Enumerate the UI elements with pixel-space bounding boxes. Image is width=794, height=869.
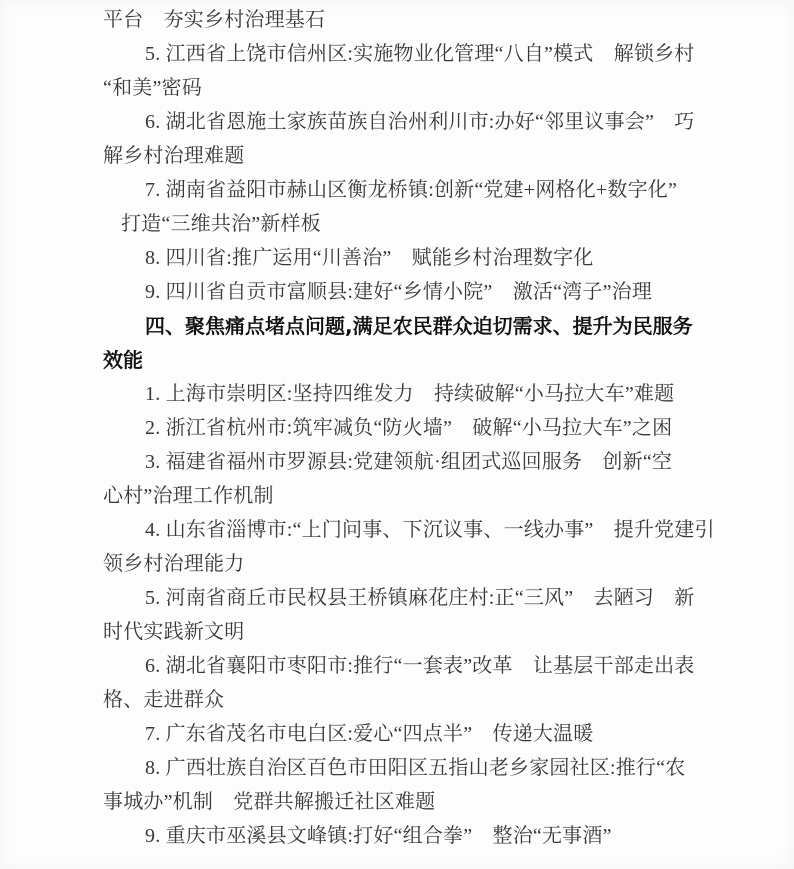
continuation-line: 平台 夯实乡村治理基石 xyxy=(103,3,718,37)
section-heading-line: 四、聚焦痛点堵点问题,满足农民群众迫切需求、提升为民服务 xyxy=(103,309,718,343)
case-item-line: 6. 湖北省襄阳市枣阳市:推行“一套表”改革 让基层干部走出表 xyxy=(103,649,718,683)
continuation-line: 心村”治理工作机制 xyxy=(103,479,718,513)
case-item-line: 4. 山东省淄博市:“上门问事、下沉议事、一线办事” 提升党建引 xyxy=(103,513,718,547)
document-page: 平台 夯实乡村治理基石 5. 江西省上饶市信州区:实施物业化管理“八自”模式 解… xyxy=(0,0,794,869)
continuation-line: 打造“三维共治”新样板 xyxy=(103,207,718,241)
continuation-line: 领乡村治理能力 xyxy=(103,547,718,581)
case-item-line: 3. 福建省福州市罗源县:党建领航·组团式巡回服务 创新“空 xyxy=(103,445,718,479)
case-item-line: 2. 浙江省杭州市:筑牢减负“防火墙” 破解“小马拉大车”之困 xyxy=(103,411,718,445)
case-item-line: 7. 湖南省益阳市赫山区衡龙桥镇:创新“党建+网格化+数字化” xyxy=(103,173,718,207)
case-item-line: 1. 上海市崇明区:坚持四维发力 持续破解“小马拉大车”难题 xyxy=(103,377,718,411)
case-item-line: 9. 四川省自贡市富顺县:建好“乡情小院” 激活“湾子”治理 xyxy=(103,275,718,309)
continuation-line: 解乡村治理难题 xyxy=(103,139,718,173)
case-item-line: 7. 广东省茂名市电白区:爱心“四点半” 传递大温暖 xyxy=(103,717,718,751)
continuation-line: 格、走进群众 xyxy=(103,683,718,717)
continuation-line: 时代实践新文明 xyxy=(103,615,718,649)
case-item-line: 8. 广西壮族自治区百色市田阳区五指山老乡家园社区:推行“农 xyxy=(103,751,718,785)
case-item-line: 5. 江西省上饶市信州区:实施物业化管理“八自”模式 解锁乡村 xyxy=(103,37,718,71)
case-item-line: 6. 湖北省恩施土家族苗族自治州利川市:办好“邻里议事会” 巧 xyxy=(103,105,718,139)
case-item-line: 5. 河南省商丘市民权县王桥镇麻花庄村:正“三风” 去陋习 新 xyxy=(103,581,718,615)
case-item-line: 9. 重庆市巫溪县文峰镇:打好“组合拳” 整治“无事酒” xyxy=(103,819,718,853)
continuation-line: “和美”密码 xyxy=(103,71,718,105)
section-heading-line: 效能 xyxy=(103,343,718,377)
case-item-line: 8. 四川省:推广运用“川善治” 赋能乡村治理数字化 xyxy=(103,241,718,275)
continuation-line: 事城办”机制 党群共解搬迁社区难题 xyxy=(103,785,718,819)
text-column: 平台 夯实乡村治理基石 5. 江西省上饶市信州区:实施物业化管理“八自”模式 解… xyxy=(103,3,718,853)
